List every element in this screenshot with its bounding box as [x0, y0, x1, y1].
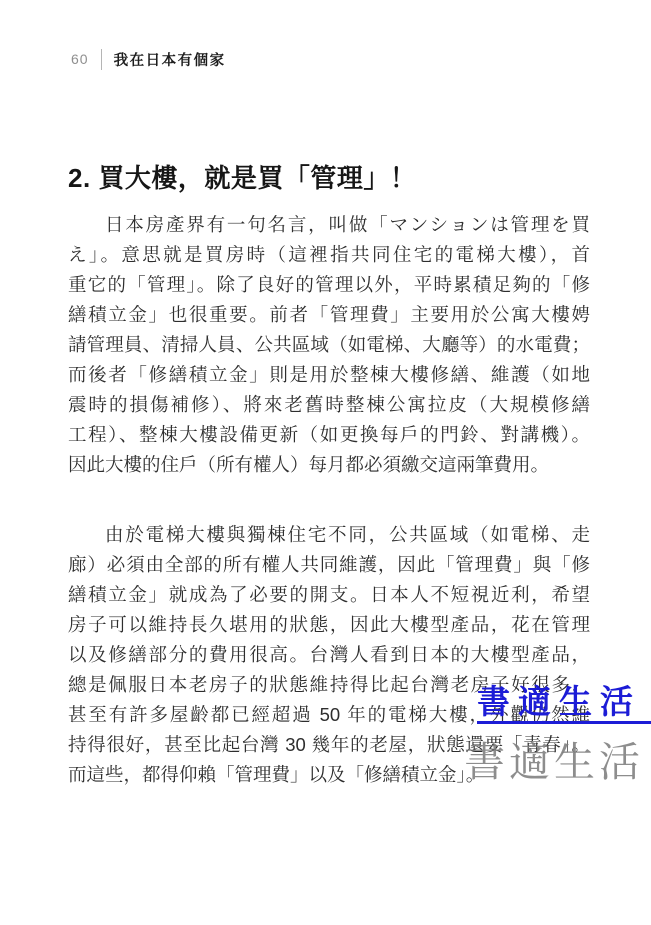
section-heading: 2. 買大樓，就是買「管理」！	[68, 161, 416, 195]
paragraph-1: 日本房產界有一句名言，叫做「マンションは管理を買 え」。意思就是買房時（這裡指共…	[68, 210, 590, 480]
text-line: え」。意思就是買房時（這裡指共同住宅的電梯大樓），首	[68, 240, 590, 270]
text-line: 廊）必須由全部的所有權人共同維護，因此「管理費」與「修	[68, 550, 590, 580]
watermark-gray: 書適生活	[464, 741, 644, 784]
text-line: 繕積立金」就成為了必要的開支。日本人不短視近利，希望	[68, 580, 590, 610]
text-line: 由於電梯大樓與獨棟住宅不同，公共區域（如電梯、走	[68, 520, 590, 550]
page-number: 60	[71, 51, 89, 67]
text-line: 以及修繕部分的費用很高。台灣人看到日本的大樓型產品，	[68, 640, 590, 670]
running-header: 60 我在日本有個家	[71, 46, 226, 72]
text-line: 房子可以維持長久堪用的狀態，因此大樓型產品，花在管理	[68, 610, 590, 640]
text-line: 而後者「修繕積立金」則是用於整棟大樓修繕、維護（如地	[68, 360, 590, 390]
book-title: 我在日本有個家	[114, 49, 226, 70]
text-line: 繕積立金」也很重要。前者「管理費」主要用於公寓大樓娉	[68, 300, 590, 330]
header-divider	[101, 49, 102, 70]
text-line: 震時的損傷補修）、將來老舊時整棟公寓拉皮（大規模修繕	[68, 390, 590, 420]
text-line: 因此大樓的住戶（所有權人）每月都必須繳交這兩筆費用。	[68, 450, 590, 480]
watermark-blue: 書適生活	[477, 687, 651, 724]
text-line: 工程）、整棟大樓設備更新（如更換每戶的門鈴、對講機）。	[68, 420, 590, 450]
text-line: 請管理員、清掃人員、公共區域（如電梯、大廳等）的水電費；	[68, 330, 590, 360]
text-line: 日本房產界有一句名言，叫做「マンションは管理を買	[68, 210, 590, 240]
text-line: 重它的「管理」。除了良好的管理以外，平時累積足夠的「修	[68, 270, 590, 300]
